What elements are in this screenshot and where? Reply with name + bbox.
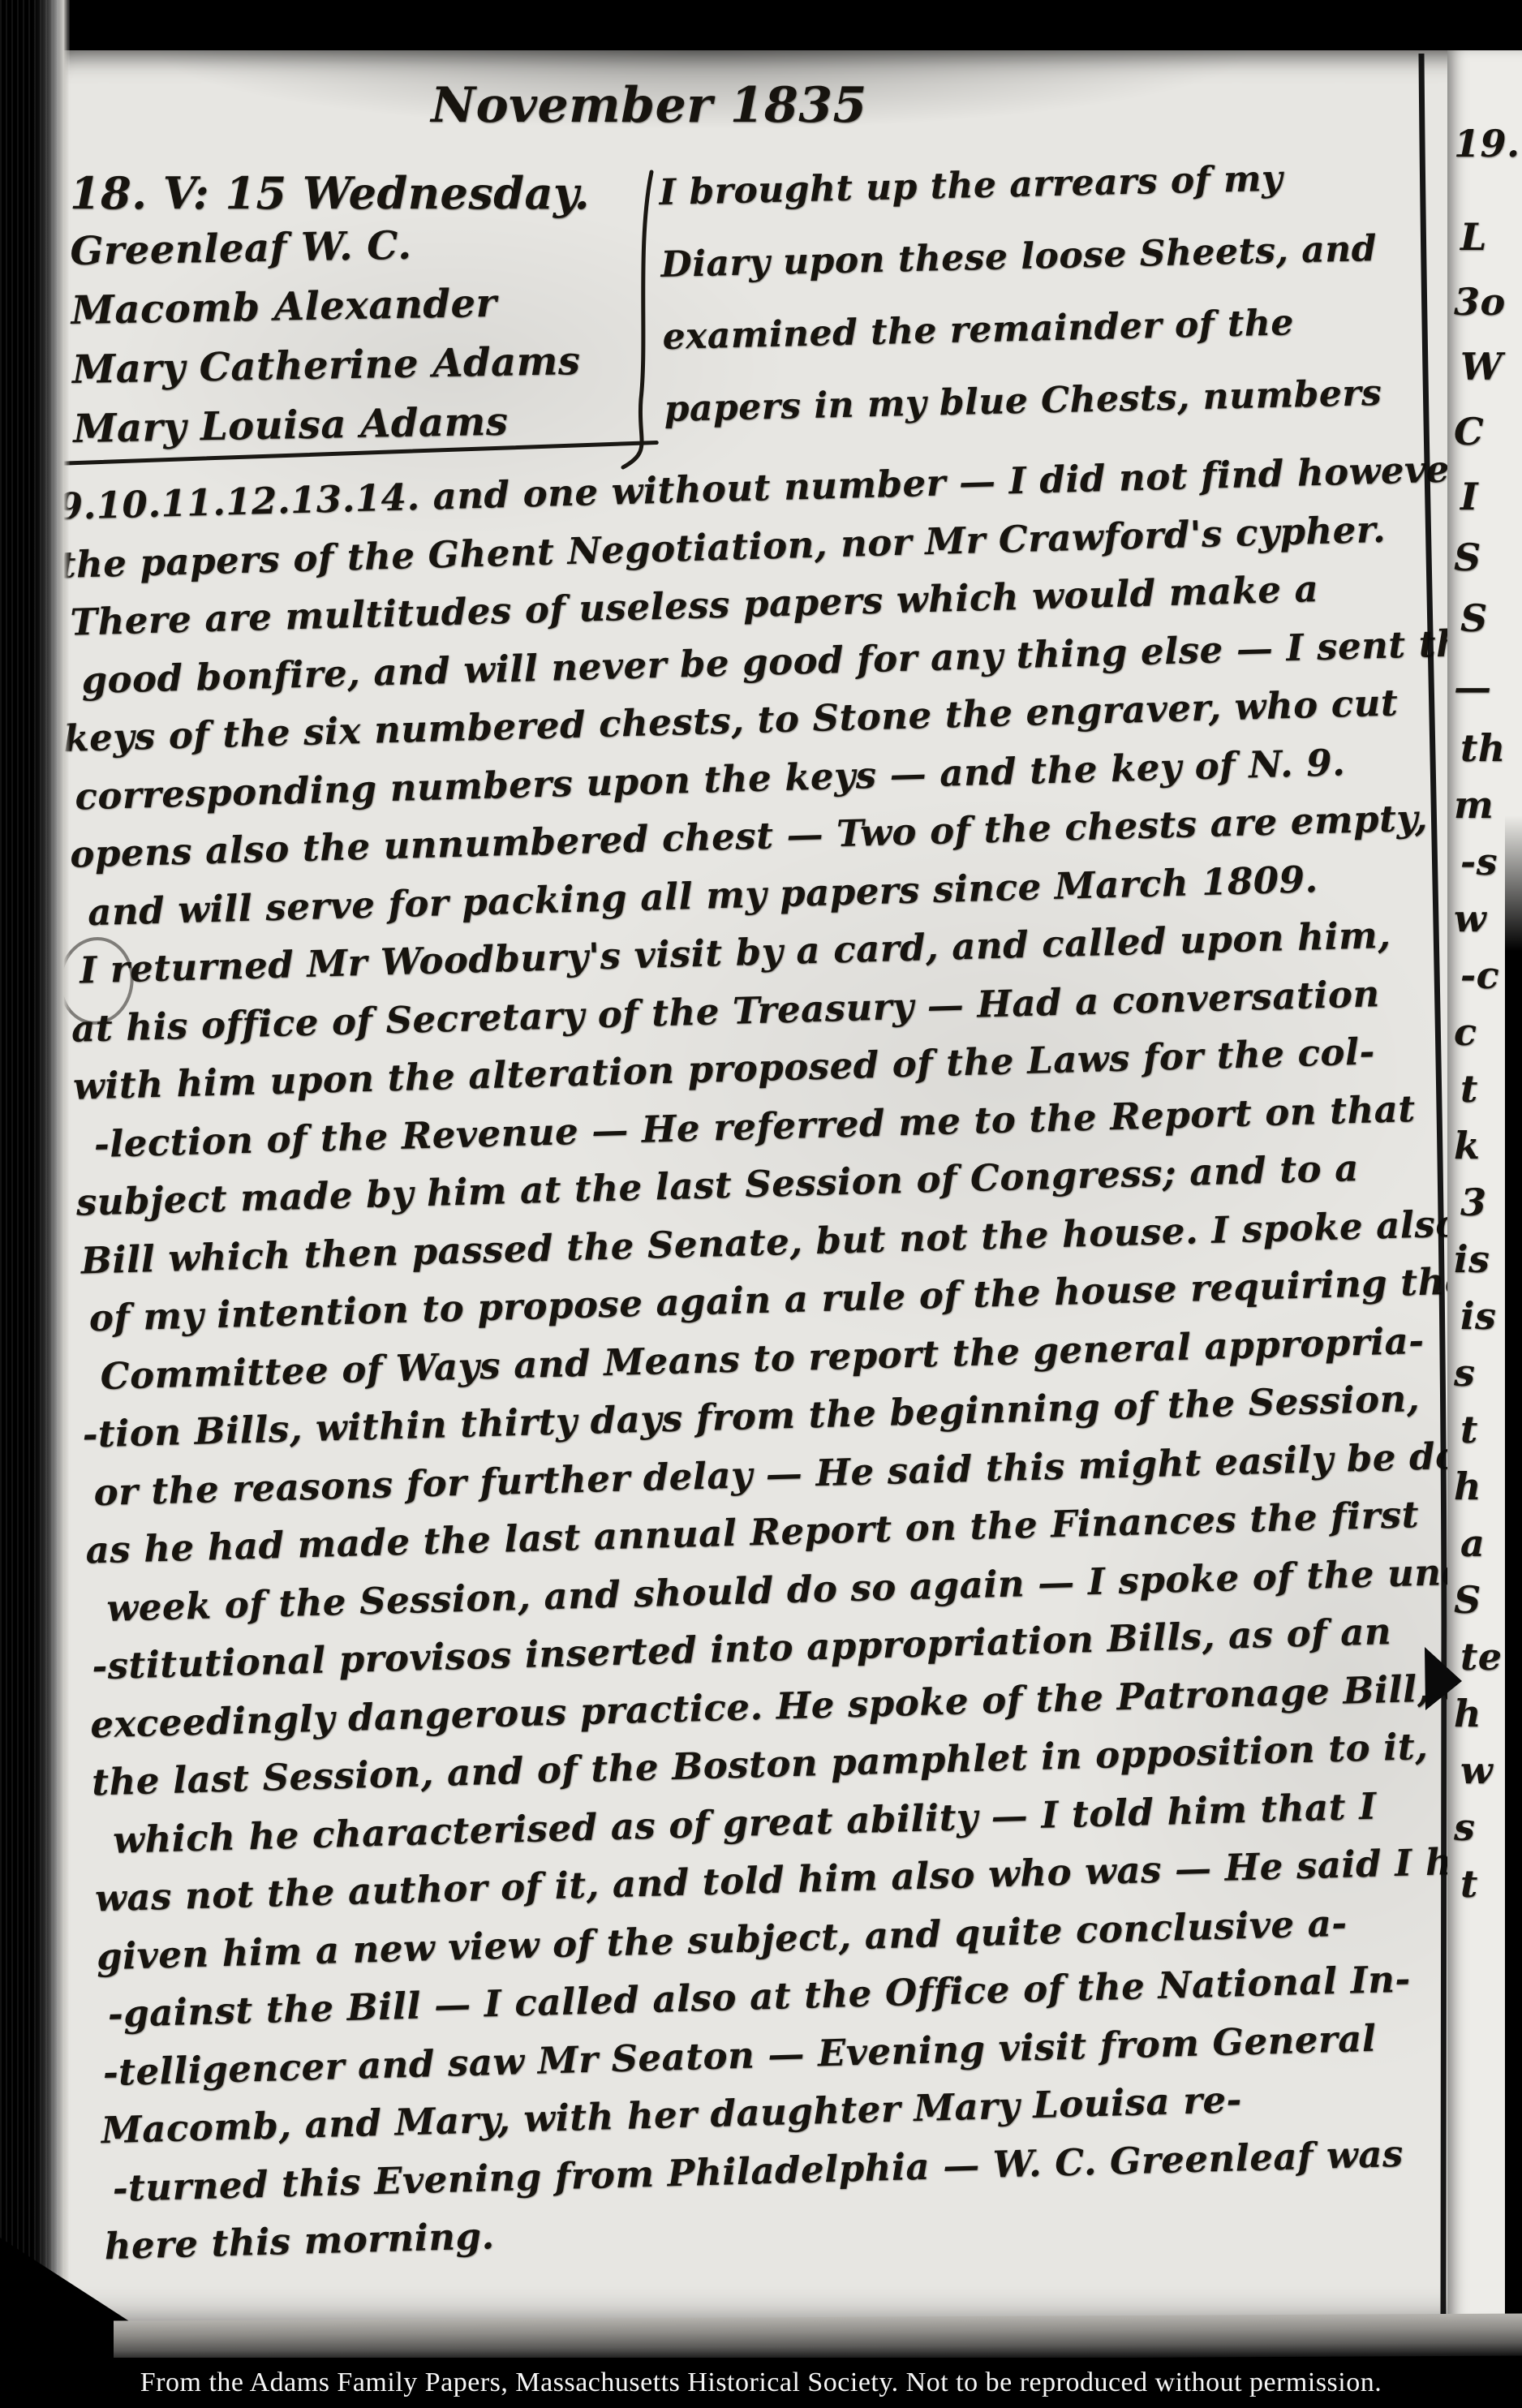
edge-fragment: k [1454, 1124, 1480, 1167]
entry-body: 9.10.11.12.13.14. and one without number… [57, 448, 1476, 2282]
edge-fragment: c [1454, 1010, 1477, 1054]
entry-body-lines: 9.10.11.12.13.14. and one without number… [57, 448, 1476, 2282]
book-spine [0, 0, 70, 2408]
edge-fragment: te [1460, 1635, 1503, 1679]
edge-fragment: — [1454, 665, 1492, 709]
edge-fragment: t [1460, 1067, 1478, 1111]
entry-date-heading: 18. V: 15 Wednesday. [70, 167, 590, 219]
month-year-heading: November 1835 [389, 77, 909, 134]
edge-fragment: W [1460, 345, 1503, 389]
edge-fragment: s [1454, 1351, 1475, 1395]
edge-fragment: -s [1460, 840, 1498, 884]
edge-fragment: -c [1460, 953, 1499, 997]
edge-fragment: S [1460, 596, 1488, 640]
edge-fragment: s [1454, 1805, 1475, 1849]
edge-fragment: S [1454, 535, 1481, 579]
edge-fragment: h [1454, 1464, 1481, 1508]
right-page-edge-shadow [1505, 815, 1522, 2322]
name-line: Mary Catherine Adams [72, 338, 582, 406]
name-line: Macomb Alexander [71, 279, 580, 347]
edge-fragment: is [1460, 1294, 1496, 1338]
edge-fragment: 19. [1454, 122, 1520, 166]
edge-fragment: t [1460, 1408, 1478, 1451]
scanned-diary-page: November 1835 18. V: 15 Wednesday. Green… [0, 0, 1522, 2408]
edge-fragment: 3o [1454, 280, 1506, 324]
entry-names-list: Greenleaf W. C.Macomb AlexanderMary Cath… [70, 220, 582, 466]
edge-fragment: a [1460, 1521, 1485, 1565]
name-line: Greenleaf W. C. [70, 220, 579, 288]
edge-fragment: S [1454, 1578, 1481, 1622]
edge-fragment: w [1460, 1748, 1493, 1792]
edge-fragment: h [1454, 1692, 1481, 1735]
edge-fragment: m [1454, 783, 1494, 827]
edge-fragment: w [1454, 897, 1486, 940]
edge-fragment: th [1460, 726, 1506, 770]
edge-fragment: 3 [1460, 1180, 1487, 1224]
credit-caption: From the Adams Family Papers, Massachuse… [140, 2367, 1382, 2398]
edge-fragment: L [1460, 215, 1487, 259]
edge-fragment: C [1454, 410, 1484, 454]
credit-caption-bar: From the Adams Family Papers, Massachuse… [0, 2358, 1522, 2408]
edge-fragment: t [1460, 1862, 1478, 1906]
edge-fragment: I [1460, 475, 1478, 518]
page-bottom-edge [114, 2313, 1522, 2363]
edge-fragment: is [1454, 1237, 1490, 1281]
entry-intro-column: I brought up the arrears of myDiary upon… [659, 156, 1383, 461]
